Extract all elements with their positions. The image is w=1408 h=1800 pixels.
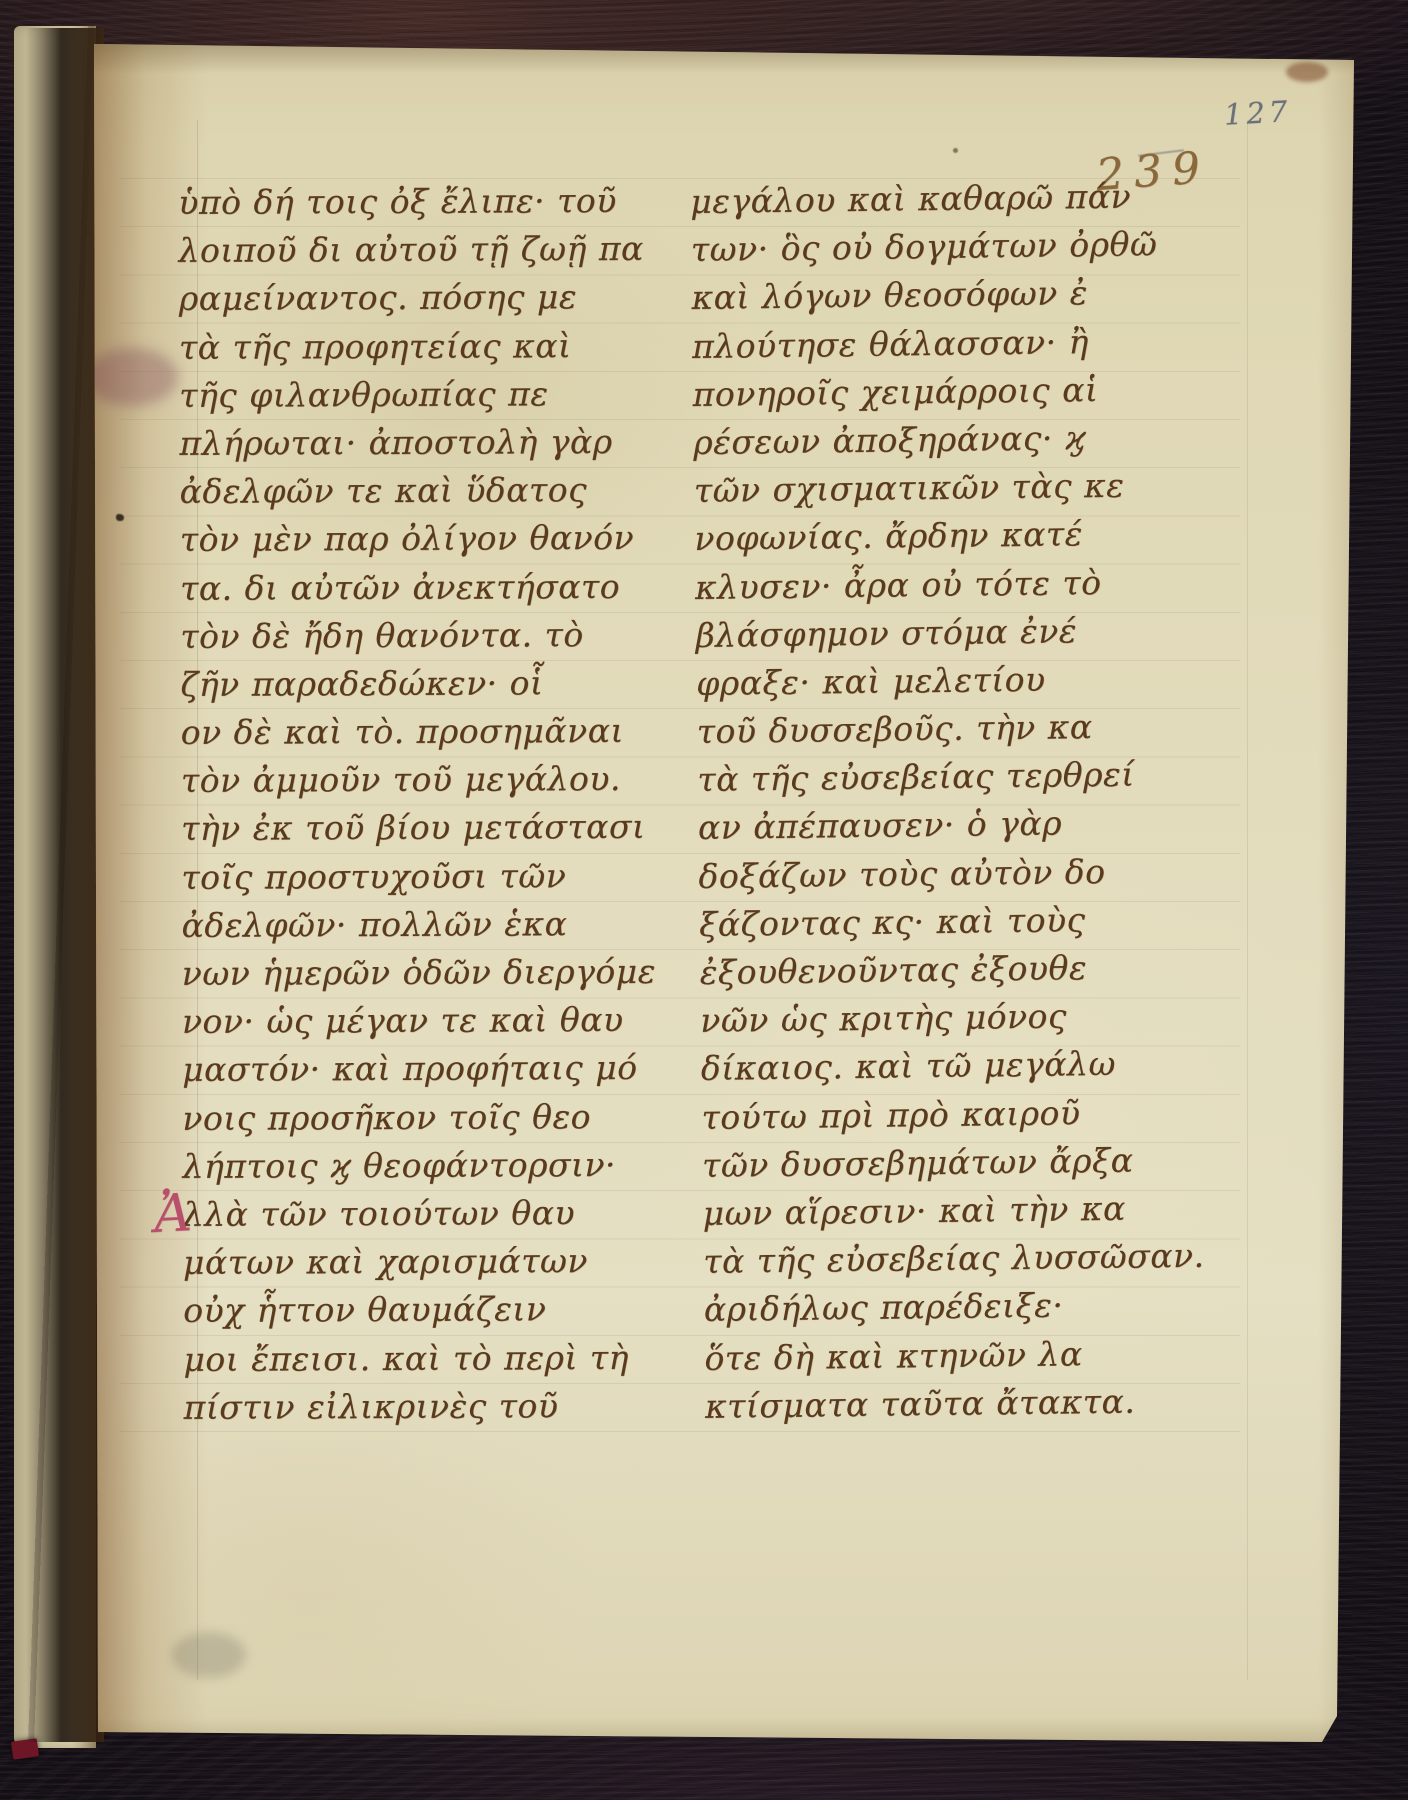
text-line: ρέσεων ἀποξηράνας· ϗ bbox=[693, 414, 1109, 467]
text-line: μων αἵρεσιν· καὶ τὴν κα bbox=[702, 1185, 1118, 1238]
text-line: πλούτησε θάλασσαν· ἢ bbox=[692, 317, 1108, 370]
text-line: μάτων καὶ χαρισμάτων bbox=[183, 1237, 603, 1287]
text-line: ὅτε δὴ καὶ κτηνῶν λα bbox=[704, 1329, 1120, 1382]
text-line: νοις προσῆκον τοῖς θεο bbox=[182, 1093, 602, 1143]
text-line: λλὰ τῶν τοιούτων θαυ bbox=[183, 1189, 603, 1239]
text-line: νων ἡμερῶν ὁδῶν διεργόμε bbox=[182, 948, 602, 998]
text-line: τῶν σχισματικῶν τὰς κε bbox=[694, 462, 1110, 515]
text-line: νῶν ὡς κριτὴς μόνος bbox=[700, 992, 1116, 1045]
text-line: μεγάλου καὶ καθαρῶ πάν bbox=[690, 173, 1106, 226]
text-line: νον· ὡς μέγαν τε καὶ θαυ bbox=[182, 996, 602, 1046]
ink-speck bbox=[116, 514, 124, 521]
text-line: ἀδελφῶν· πολλῶν ἑκα bbox=[181, 900, 601, 950]
text-line: καὶ λόγων θεοσόφων ἐ bbox=[691, 269, 1107, 322]
text-line: αν ἀπέπαυσεν· ὁ γὰρ bbox=[698, 799, 1114, 852]
text-line: κλυσεν· ἆρα οὐ τότε τὸ bbox=[695, 558, 1111, 611]
text-line: τα. δι αὐτῶν ἀνεκτήσατο bbox=[180, 563, 600, 613]
text-line: τούτω πρὶ πρὸ καιροῦ bbox=[701, 1088, 1117, 1141]
text-line: ὑπὸ δή τοις ὀξ ἔλιπε· τοῦ bbox=[178, 177, 598, 227]
text-line: ἐξουθενοῦντας ἐξουθε bbox=[699, 944, 1115, 997]
gutter-shadow bbox=[26, 28, 104, 1742]
edge-stain bbox=[1286, 62, 1328, 82]
text-line: πονηροῖς χειμάρροις αἱ bbox=[692, 366, 1108, 419]
text-column-right: μεγάλου καὶ καθαρῶ πάντων· ὃς οὐ δογμάτω… bbox=[690, 173, 1120, 1431]
text-line: πίστιν εἰλικρινὲς τοῦ bbox=[184, 1382, 604, 1432]
text-line: τῶν δυσσεβημάτων ἄρξα bbox=[702, 1137, 1118, 1190]
text-line: κτίσματα ταῦτα ἄτακτα. bbox=[705, 1378, 1121, 1431]
manuscript-photograph: 127 239 ὑπὸ δή τοις ὀξ ἔλιπε· τοῦλοιποῦ … bbox=[0, 0, 1408, 1800]
text-line: τὰ τῆς εὐσεβείας τερθρεί bbox=[697, 751, 1113, 804]
text-column-left: ὑπὸ δή τοις ὀξ ἔλιπε· τοῦλοιποῦ δι αὐτοῦ… bbox=[178, 177, 603, 1432]
text-line: δοξάζων τοὺς αὐτὸν δο bbox=[698, 848, 1114, 901]
text-line: τοῖς προστυχοῦσι τῶν bbox=[181, 852, 601, 902]
text-line: οὐχ ἧττον θαυμάζειν bbox=[183, 1285, 603, 1335]
purple-stain bbox=[86, 348, 178, 406]
text-line: ἀδελφῶν τε καὶ ὕδατος bbox=[180, 466, 600, 516]
text-line: τὸν ἀμμοῦν τοῦ μεγάλου. bbox=[181, 755, 601, 805]
text-line: ἀριδήλως παρέδειξε· bbox=[704, 1281, 1120, 1334]
text-line: τῆς φιλανθρωπίας πε bbox=[179, 370, 599, 420]
text-line: των· ὃς οὐ δογμάτων ὀρθῶ bbox=[691, 221, 1107, 274]
manuscript-page: 127 239 ὑπὸ δή τοις ὀξ ἔλιπε· τοῦλοιποῦ … bbox=[0, 0, 1408, 1800]
text-line: τοῦ δυσσεβοῦς. τὴν κα bbox=[696, 703, 1112, 756]
text-line: τὴν ἐκ τοῦ βίου μετάστασι bbox=[181, 804, 601, 854]
text-line: τὰ τῆς εὐσεβείας λυσσῶσαν. bbox=[703, 1233, 1119, 1286]
folio-number-pencil: 127 bbox=[1223, 94, 1292, 131]
rubricated-initial: Ἀ bbox=[153, 1187, 193, 1241]
text-line: λοιποῦ δι αὐτοῦ τῇ ζωῇ πα bbox=[178, 225, 598, 275]
text-line: πλήρωται· ἀποστολὴ γὰρ bbox=[179, 418, 599, 468]
text-line: τὸν δὲ ἤδη θανόντα. τὸ bbox=[180, 611, 600, 661]
text-line: τὰ τῆς προφητείας καὶ bbox=[179, 322, 599, 372]
text-line: ζῆν παραδεδώκεν· οἷ bbox=[180, 659, 600, 709]
vertical-ruling-right bbox=[1247, 120, 1248, 1680]
text-line: μαστόν· καὶ προφήταις μό bbox=[182, 1044, 602, 1094]
text-line: τὸν μὲν παρ ὀλίγον θανόν bbox=[180, 514, 600, 564]
text-line: λήπτοις ϗ θεοφάντορσιν· bbox=[182, 1141, 602, 1191]
text-line: ραμείναντος. πόσης με bbox=[179, 273, 599, 323]
text-line: φραξε· καὶ μελετίου bbox=[696, 655, 1112, 708]
text-line: δίκαιος. καὶ τῶ μεγάλω bbox=[701, 1040, 1117, 1093]
text-line: μοι ἔπεισι. καὶ τὸ περὶ τὴ bbox=[183, 1334, 603, 1384]
text-line: βλάσφημον στόμα ἐνέ bbox=[695, 607, 1111, 660]
text-line: ον δὲ καὶ τὸ. προσημᾶναι bbox=[181, 707, 601, 757]
text-line: ξάζοντας κς· καὶ τοὺς bbox=[699, 896, 1115, 949]
ink-speck bbox=[953, 148, 958, 153]
gray-smudge bbox=[172, 1632, 246, 1678]
text-line: νοφωνίας. ἄρδην κατέ bbox=[694, 510, 1110, 563]
